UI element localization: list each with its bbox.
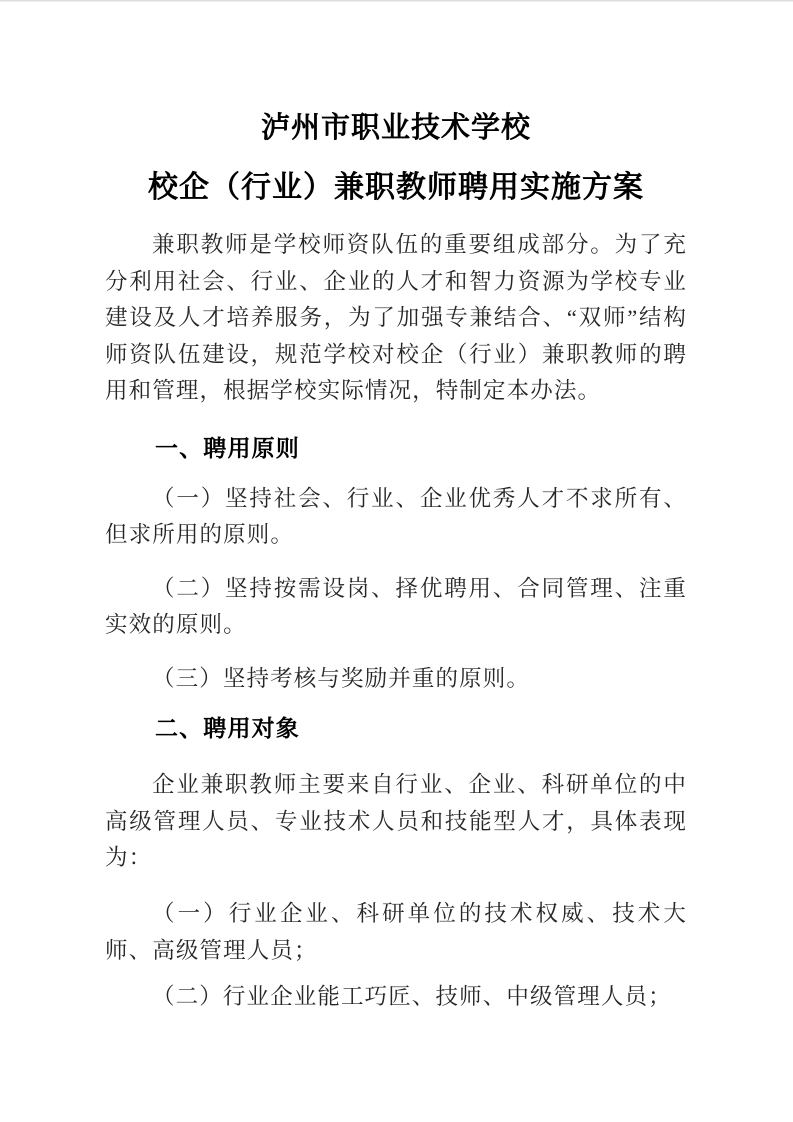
intro-paragraph: 兼职教师是学校师资队伍的重要组成部分。为了充分利用社会、行业、企业的人才和智力资… <box>105 227 687 410</box>
document-page: 泸州市职业技术学校 校企（行业）兼职教师聘用实施方案 兼职教师是学校师资队伍的重… <box>0 0 793 1122</box>
section-1-item-1: （一）坚持社会、行业、企业优秀人才不求所有、但求所用的原则。 <box>105 481 687 554</box>
document-title-line-2: 校企（行业）兼职教师聘用实施方案 <box>105 166 687 210</box>
section-2-item-2: （二）行业企业能工巧匠、技师、中级管理人员； <box>105 979 687 1016</box>
section-1-item-3: （三）坚持考核与奖励并重的原则。 <box>105 661 687 698</box>
page-top-edge <box>0 0 793 2</box>
section-2-intro: 企业兼职教师主要来自行业、企业、科研单位的中高级管理人员、专业技术人员和技能型人… <box>105 767 687 877</box>
document-title-line-1: 泸州市职业技术学校 <box>105 0 687 150</box>
section-1-heading: 一、聘用原则 <box>105 430 687 467</box>
section-2-heading: 二、聘用对象 <box>105 710 687 747</box>
section-1-item-2: （二）坚持按需设岗、择优聘用、合同管理、注重实效的原则。 <box>105 571 687 644</box>
section-2-item-1: （一）行业企业、科研单位的技术权威、技术大师、高级管理人员； <box>105 896 687 969</box>
